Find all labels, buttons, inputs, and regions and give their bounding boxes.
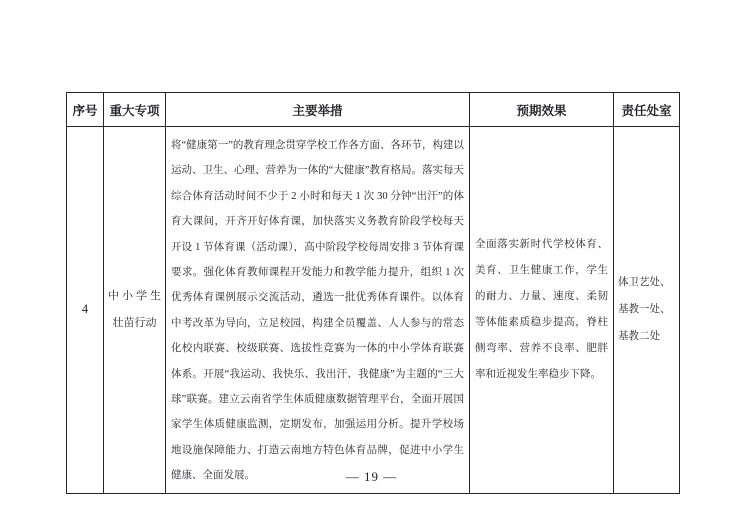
responsible-office-line-3: 基教二处 [618, 323, 675, 350]
serial-number-text: 4 [67, 302, 103, 317]
responsible-office-line-1: 体卫艺处、 [618, 269, 675, 296]
col-header-main-measures: 主要举措 [166, 93, 470, 127]
cell-main-measures: 将“健康第一”的教育理念贯穿学校工作各方面、各环节，构建以运动、卫生、心理、营养… [166, 127, 470, 494]
col-header-responsible-office: 责任处室 [614, 93, 680, 127]
col-header-serial-number: 序号 [67, 93, 104, 127]
table-header-row: 序号 重大专项 主要举措 预期效果 责任处室 [67, 93, 680, 127]
table-row: 4 中小学生 壮苗行动 将“健康第一”的教育理念贯穿学校工作各方面、各环节，构建… [67, 127, 680, 494]
page-number: — 19 — [0, 469, 743, 485]
cell-major-project: 中小学生 壮苗行动 [104, 127, 166, 494]
document-page: 序号 重大专项 主要举措 预期效果 责任处室 4 中小学生 壮苗行动 将“健康第… [0, 0, 743, 527]
project-name-line-1: 中小学生 [107, 283, 165, 310]
responsible-offices-text: 体卫艺处、 基教一处、 基教二处 [614, 269, 679, 350]
project-name-line-2: 壮苗行动 [104, 310, 165, 337]
main-measures-text: 将“健康第一”的教育理念贯穿学校工作各方面、各环节，构建以运动、卫生、心理、营养… [166, 127, 469, 493]
cell-responsible-office: 体卫艺处、 基教一处、 基教二处 [614, 127, 680, 494]
responsible-office-line-2: 基教一处、 [618, 296, 675, 323]
col-header-major-project: 重大专项 [104, 93, 166, 127]
action-plan-table: 序号 重大专项 主要举措 预期效果 责任处室 4 中小学生 壮苗行动 将“健康第… [66, 92, 680, 494]
col-header-expected-effects: 预期效果 [470, 93, 614, 127]
cell-serial-number: 4 [67, 127, 104, 494]
expected-effects-text: 全面落实新时代学校体育、美育、卫生健康工作，学生的耐力、力量、速度、柔韧等体能素… [470, 232, 613, 388]
cell-expected-effects: 全面落实新时代学校体育、美育、卫生健康工作，学生的耐力、力量、速度、柔韧等体能素… [470, 127, 614, 494]
